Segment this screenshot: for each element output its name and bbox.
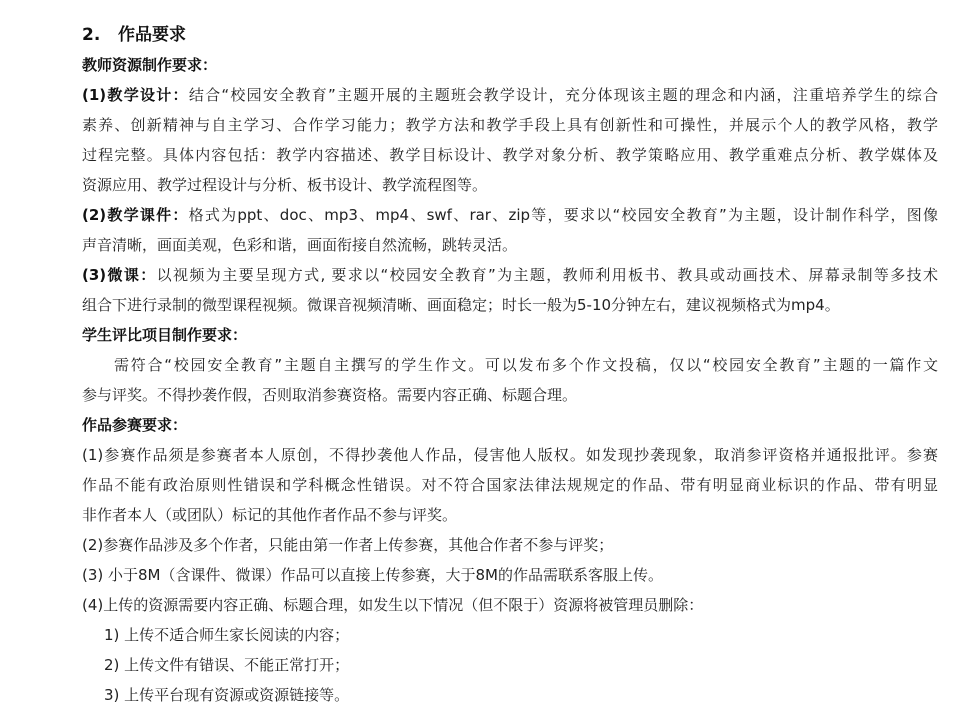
section-heading: 2.作品要求 [82, 20, 938, 50]
entry-item-4: (4)上传的资源需要内容正确、标题合理，如发生以下情况（但不限于）资源将被管理员… [82, 590, 938, 620]
teaching-design-label: (1)教学设计： [82, 86, 189, 104]
list-item: 1) 上传不适合师生家长阅读的内容； [82, 620, 938, 650]
section-title: 作品要求 [118, 25, 186, 45]
entry-requirements-heading: 作品参赛要求： [82, 410, 938, 440]
courseware-paragraph: (2)教学课件：格式为ppt、doc、mp3、mp4、swf、rar、zip等，… [82, 200, 938, 260]
student-requirements-heading: 学生评比项目制作要求： [82, 320, 938, 350]
entry-item-2: (2)参赛作品涉及多个作者，只能由第一作者上传参赛，其他合作者不参与评奖； [82, 530, 938, 560]
list-item: 2) 上传文件有错误、不能正常打开； [82, 650, 938, 680]
teacher-requirements-heading: 教师资源制作要求： [82, 50, 938, 80]
entry-item-3: (3) 小于8M（含课件、微课）作品可以直接上传参赛，大于8M的作品需联系客服上… [82, 560, 938, 590]
section-number: 2. [82, 20, 118, 50]
deletion-conditions-list: 1) 上传不适合师生家长阅读的内容； 2) 上传文件有错误、不能正常打开； 3)… [82, 620, 938, 710]
document-page: 2.作品要求 教师资源制作要求： (1)教学设计：结合“校园安全教育”主题开展的… [82, 20, 938, 710]
microlesson-label: (3)微课： [82, 266, 157, 284]
entry-item-1: (1)参赛作品须是参赛者本人原创，不得抄袭他人作品，侵害他人版权。如发现抄袭现象… [82, 440, 938, 530]
courseware-label: (2)教学课件： [82, 206, 189, 224]
microlesson-paragraph: (3)微课：以视频为主要呈现方式, 要求以“校园安全教育”为主题，教师利用板书、… [82, 260, 938, 320]
teaching-design-paragraph: (1)教学设计：结合“校园安全教育”主题开展的主题班会教学设计，充分体现该主题的… [82, 80, 938, 200]
student-requirements-paragraph: 需符合“校园安全教育”主题自主撰写的学生作文。可以发布多个作文投稿，仅以“校园安… [82, 350, 938, 410]
list-item: 3) 上传平台现有资源或资源链接等。 [82, 680, 938, 710]
